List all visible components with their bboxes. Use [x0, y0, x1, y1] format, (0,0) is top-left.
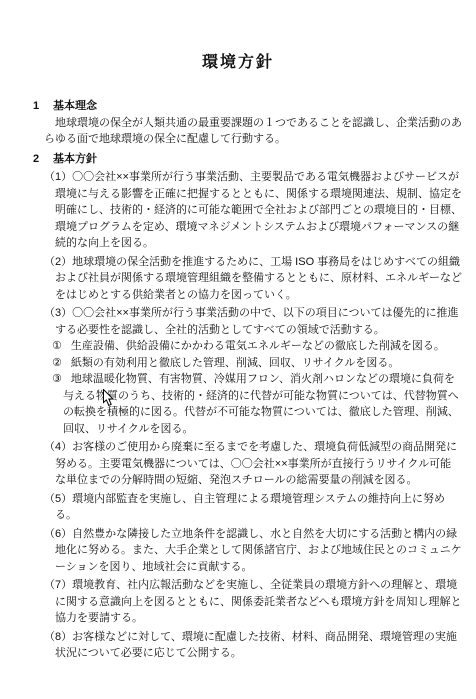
section-2-title: 基本方針	[53, 153, 97, 165]
policy-item: （2）地球環境の保全活動を推進するために、工場 ISO 事務局をはじめすべての組…	[55, 254, 462, 304]
policy-item: （1）〇〇会社××事業所が行う事業活動、主要製品である電気機器およびサービスが環…	[55, 169, 462, 252]
policy-item: （6）自然豊かな隣接した立地条件を認識し、水と自然を大切にする活動と構内の緑地化…	[55, 526, 462, 576]
item-number: （8）	[44, 631, 72, 643]
item-text: お客様などに対して、環境に配慮した技術、材料、商品開発、環境管理の実施状況につい…	[55, 631, 457, 660]
item-text: 自然豊かな隣接した立地条件を認識し、水と自然を大切にする活動と構内の緑地化に努め…	[55, 528, 462, 573]
policy-item: （3）〇〇会社××事業所が行う事業活動の中で、以下の項目については優先的に推進す…	[55, 305, 462, 338]
document-title: 環境方針	[0, 0, 476, 72]
policy-item: （7）環境教育、社内広報活動などを実施し、全従業員の環境方針への理解と、環境に関…	[55, 577, 462, 627]
section-paragraph: 地球環境の保全が人類共通の最重要課題の１つであることを認識し、企業活動のあらゆる…	[44, 115, 462, 148]
subitem-number: ②	[52, 357, 62, 369]
item-text: 環境教育、社内広報活動などを実施し、全従業員の環境方針への理解と、環境に関する意…	[55, 579, 462, 624]
subitem-text: 地球温暖化物質、有害物質、冷媒用フロン、消火剤ハロンなどの環境に負荷を与える物質…	[63, 373, 459, 435]
section-2-number: 2	[33, 151, 53, 168]
section-2-heading: 2基本方針	[33, 151, 462, 168]
policy-item: （5）環境内部監査を実施し、自主管理による環境管理システムの維持向上に努める。	[55, 491, 462, 524]
item-number: （6）	[44, 528, 72, 540]
subitem-number: ①	[52, 340, 62, 352]
item-text: 〇〇会社××事業所が行う事業活動の中で、以下の項目については優先的に推進する必要…	[55, 307, 459, 336]
item-number: （1）	[44, 171, 72, 183]
document-page: 環境方針 1基本理念地球環境の保全が人類共通の最重要課題の１つであることを認識し…	[0, 0, 476, 699]
item-text: 地球環境の保全活動を推進するために、工場 ISO 事務局をはじめすべての組織およ…	[55, 256, 462, 301]
item-number: （4）	[44, 441, 72, 453]
section-1-title: 基本理念	[53, 100, 97, 112]
item-number: （2）	[44, 256, 72, 268]
policy-subitem: ①生産設備、供給設備にかかわる電気エネルギーなどの徹底した削減を図る。	[63, 338, 462, 355]
item-number: （7）	[44, 579, 72, 591]
document-body: 1基本理念地球環境の保全が人類共通の最重要課題の１つであることを認識し、企業活動…	[33, 98, 462, 662]
item-text: 〇〇会社××事業所が行う事業活動、主要製品である電気機器およびサービスが環境に与…	[55, 171, 462, 249]
subitem-text: 生産設備、供給設備にかかわる電気エネルギーなどの徹底した削減を図る。	[71, 340, 445, 352]
item-text: 環境内部監査を実施し、自主管理による環境管理システムの維持向上に努める。	[55, 493, 445, 522]
policy-subitem: ③地球温暖化物質、有害物質、冷媒用フロン、消火剤ハロンなどの環境に負荷を与える物…	[63, 371, 462, 437]
item-text: お客様のご使用から廃棄に至るまでを考慮した、環境負荷低減型の商品開発に努める。主…	[55, 441, 457, 486]
policy-item: （4）お客様のご使用から廃棄に至るまでを考慮した、環境負荷低減型の商品開発に努め…	[55, 439, 462, 489]
item-number: （3）	[44, 307, 72, 319]
section-1-number: 1	[33, 98, 53, 115]
subitem-text: 紙類の有効利用と徹底した管理、削減、回収、リサイクルを図る。	[71, 357, 399, 369]
section-1-heading: 1基本理念	[33, 98, 462, 115]
item-number: （5）	[44, 493, 72, 505]
subitem-number: ③	[52, 373, 62, 385]
policy-subitem: ②紙類の有効利用と徹底した管理、削減、回収、リサイクルを図る。	[63, 355, 462, 372]
policy-item: （8）お客様などに対して、環境に配慮した技術、材料、商品開発、環境管理の実施状況…	[55, 629, 462, 662]
